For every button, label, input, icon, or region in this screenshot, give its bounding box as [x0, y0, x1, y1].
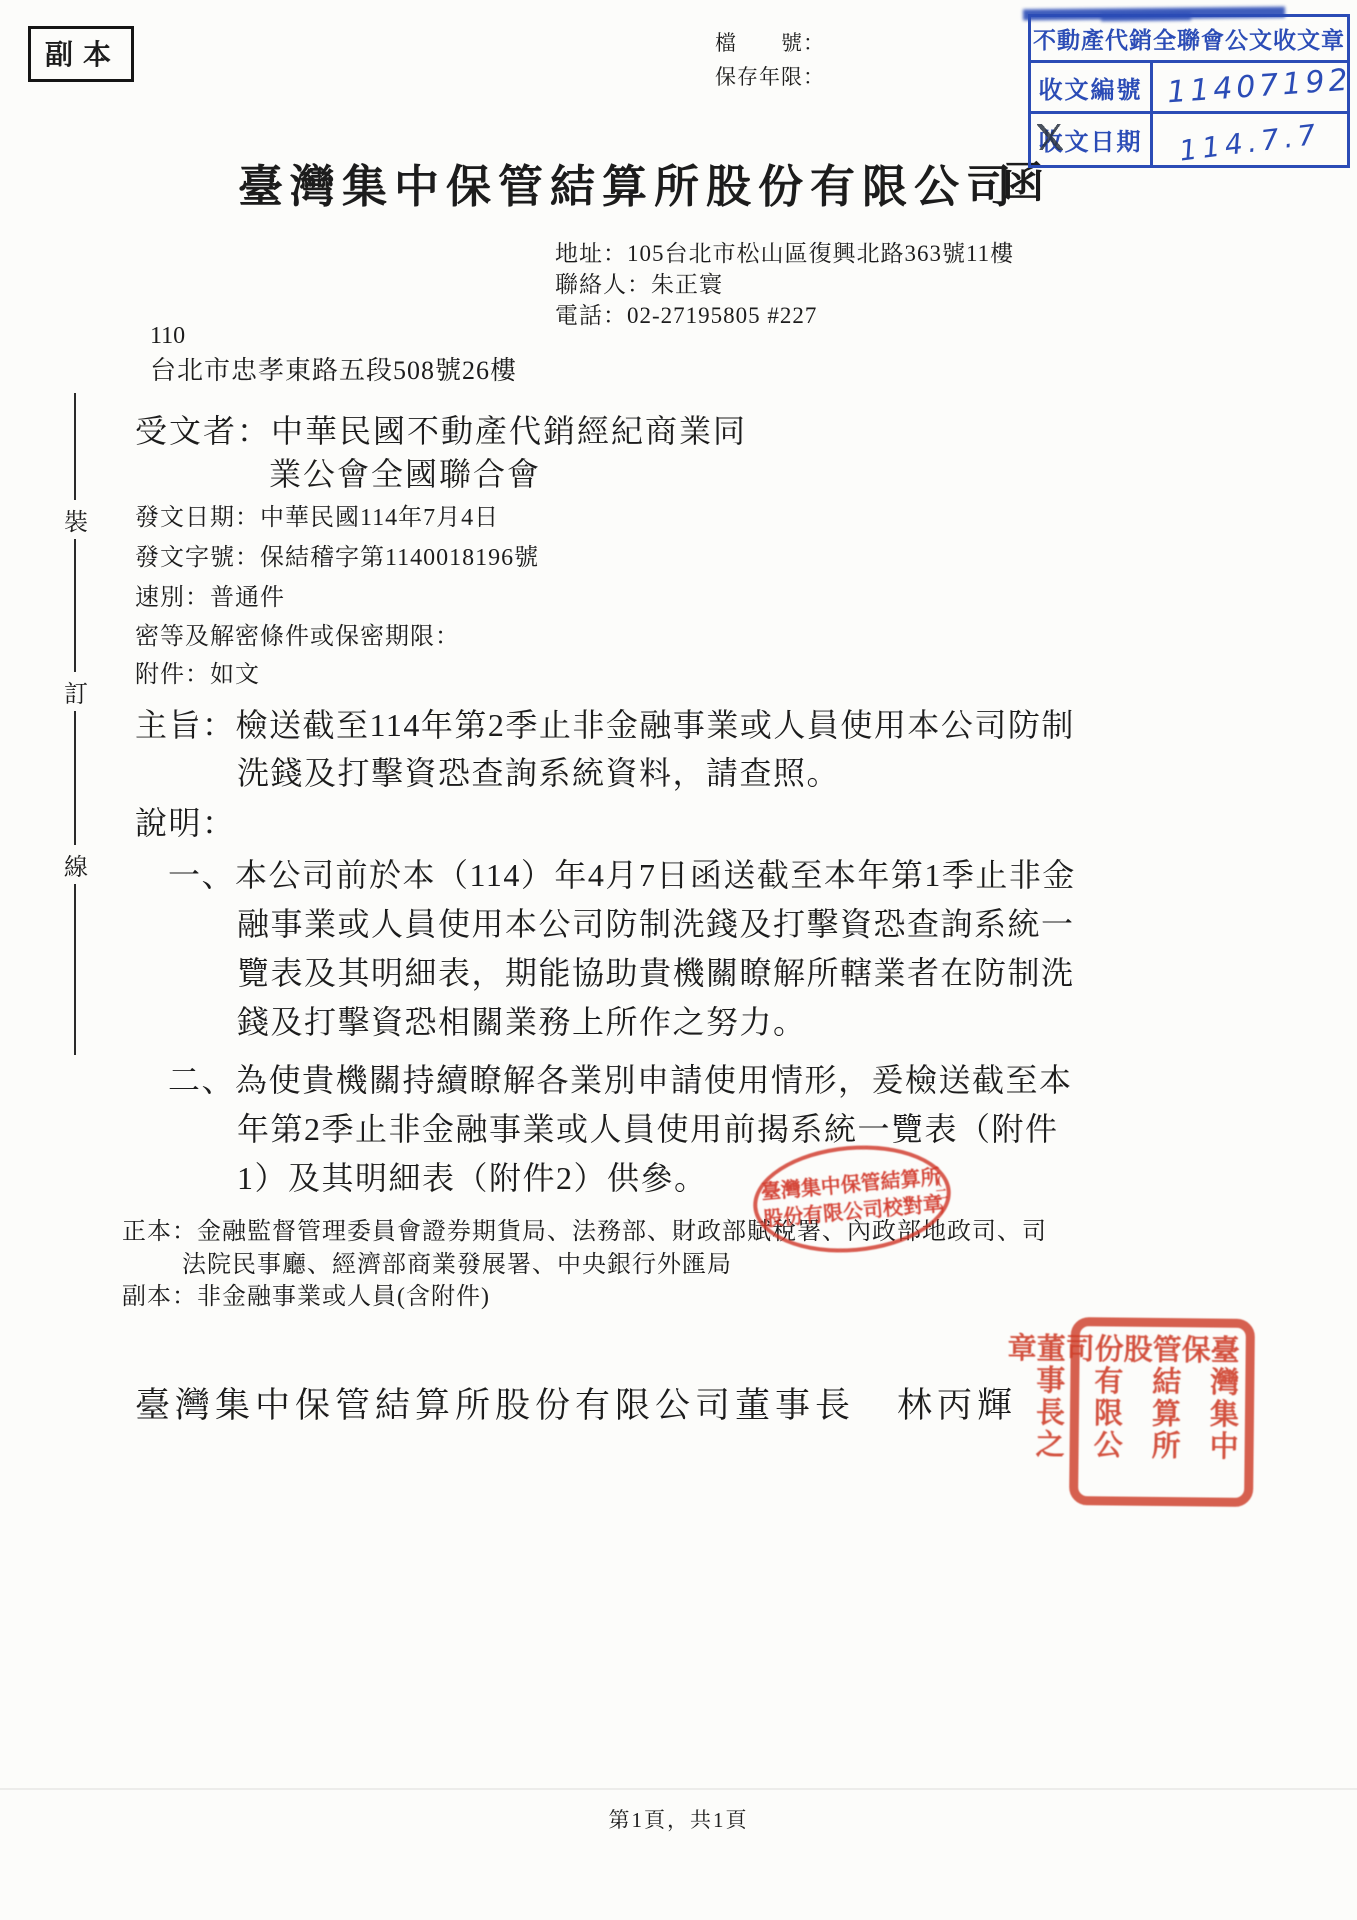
receipt-date-row: 收文日期 114.7.7 [1031, 114, 1347, 165]
signature-line: 臺灣集中保管結算所股份有限公司董事長林丙輝 [135, 1378, 1017, 1428]
description-item2-line3: 1）及其明細表（附件2）供參。 [237, 1153, 708, 1199]
chairman-seal-col4: 董事長之章 [1003, 1332, 1063, 1489]
description-item2-line1: 二、為使貴機關持續瞭解各業別申請使用情形，爰檢送截至本 [168, 1055, 1073, 1101]
receipt-stamp-header: 不動產代銷全聯會公文收文章 [1031, 17, 1347, 63]
receipt-no-cell: 11407192 [1153, 63, 1347, 111]
binding-char-ding: 訂 [61, 672, 91, 711]
description-item1-line4: 錢及打擊資恐相關業務上所作之努力。 [237, 997, 807, 1043]
chairman-seal-col2: 管結算所股 [1119, 1334, 1179, 1491]
description-item1-line1: 一、本公司前於本（114）年4月7日函送截至本年第1季止非金 [168, 850, 1076, 896]
recipient-zip: 110 [150, 323, 185, 350]
description-item1-line2: 融事業或人員使用本公司防制洗錢及打擊資恐查詢系統一 [237, 899, 1075, 945]
page-number: 第1頁，共1頁 [0, 1804, 1357, 1834]
sender-contact: 聯絡人：朱正寰 [555, 269, 1014, 300]
scanned-official-letter: 副本 檔 號： 保存年限： 函 不動產代銷全聯會公文收文章 收文編號 11407… [0, 0, 1357, 1920]
issue-date: 發文日期：中華民國114年7月4日 [135, 497, 499, 532]
binding-line [74, 393, 76, 1055]
subject-line1: 主旨：檢送截至114年第2季止非金融事業或人員使用本公司防制 [135, 700, 1075, 746]
copy-label: 副本 [45, 40, 121, 71]
sender-contact-block: 地址：105台北市松山區復興北路363號11樓 聯絡人：朱正寰 電話：02-27… [555, 238, 1014, 331]
description-item2-line2: 年第2季止非金融事業或人員使用前揭系統一覽表（附件 [237, 1104, 1059, 1150]
copy-label-box: 副本 [28, 26, 134, 82]
proofreading-stamp-number: (二) [929, 1172, 950, 1216]
chairman-seal-col3: 份有限公司 [1061, 1333, 1121, 1490]
file-number-labels: 檔 號： 保存年限： [715, 26, 825, 94]
reference-number: 發文字號：保結稽字第1140018196號 [135, 537, 539, 572]
binding-char-zhuang: 裝 [61, 500, 91, 539]
chairman-seal: 臺灣集中保 管結算所股 份有限公司 董事長之章 [1069, 1317, 1255, 1507]
copy-recipients: 副本：非金融事業或人員(含附件) [122, 1276, 490, 1311]
recipient-street: 台北市忠孝東路五段508號26樓 [150, 350, 517, 387]
speed-class: 速別：普通件 [135, 577, 285, 612]
receipt-stamp: 不動產代銷全聯會公文收文章 收文編號 11407192 收文日期 114.7.7 [1028, 14, 1350, 168]
footer-divider [0, 1788, 1357, 1790]
receipt-date-cell: 114.7.7 [1153, 114, 1347, 165]
attachment-note: 附件：如文 [135, 654, 260, 689]
security-class: 密等及解密條件或保密期限： [135, 616, 460, 651]
receipt-no-label: 收文編號 [1031, 63, 1153, 111]
signature-name: 林丙輝 [897, 1386, 1017, 1425]
description-item1-line3: 覽表及其明細表，期能協助貴機關瞭解所轄業者在防制洗 [237, 948, 1075, 994]
handwritten-mark [1037, 124, 1063, 150]
chairman-seal-col1: 臺灣集中保 [1177, 1334, 1237, 1491]
signature-title: 臺灣集中保管結算所股份有限公司董事長 [135, 1386, 855, 1425]
ink-smear-small [1101, 13, 1191, 22]
file-no-label: 檔 號： [715, 26, 825, 60]
retention-label: 保存年限： [715, 60, 825, 94]
recipient-line1: 受文者：中華民國不動產代銷經紀商業同 [135, 406, 747, 452]
issuer-title: 臺灣集中保管結算所股份有限公司 [238, 150, 1018, 215]
binding-char-xian: 線 [61, 845, 91, 884]
recipient-line2: 業公會全國聯合會 [269, 449, 541, 495]
handwritten-receipt-number: 11407192 [1166, 63, 1353, 111]
receipt-no-row: 收文編號 11407192 [1031, 63, 1347, 114]
subject-line2: 洗錢及打擊資恐查詢系統資料，請查照。 [237, 748, 840, 794]
handwritten-receipt-date: 114.7.7 [1178, 117, 1323, 167]
original-recipients-line2: 法院民事廳、經濟部商業發展署、中央銀行外匯局 [182, 1244, 732, 1279]
sender-phone: 電話：02-27195805 #227 [555, 300, 1014, 331]
description-heading: 說明： [135, 798, 236, 844]
sender-address: 地址：105台北市松山區復興北路363號11樓 [555, 238, 1014, 269]
receipt-date-label: 收文日期 [1031, 114, 1153, 165]
